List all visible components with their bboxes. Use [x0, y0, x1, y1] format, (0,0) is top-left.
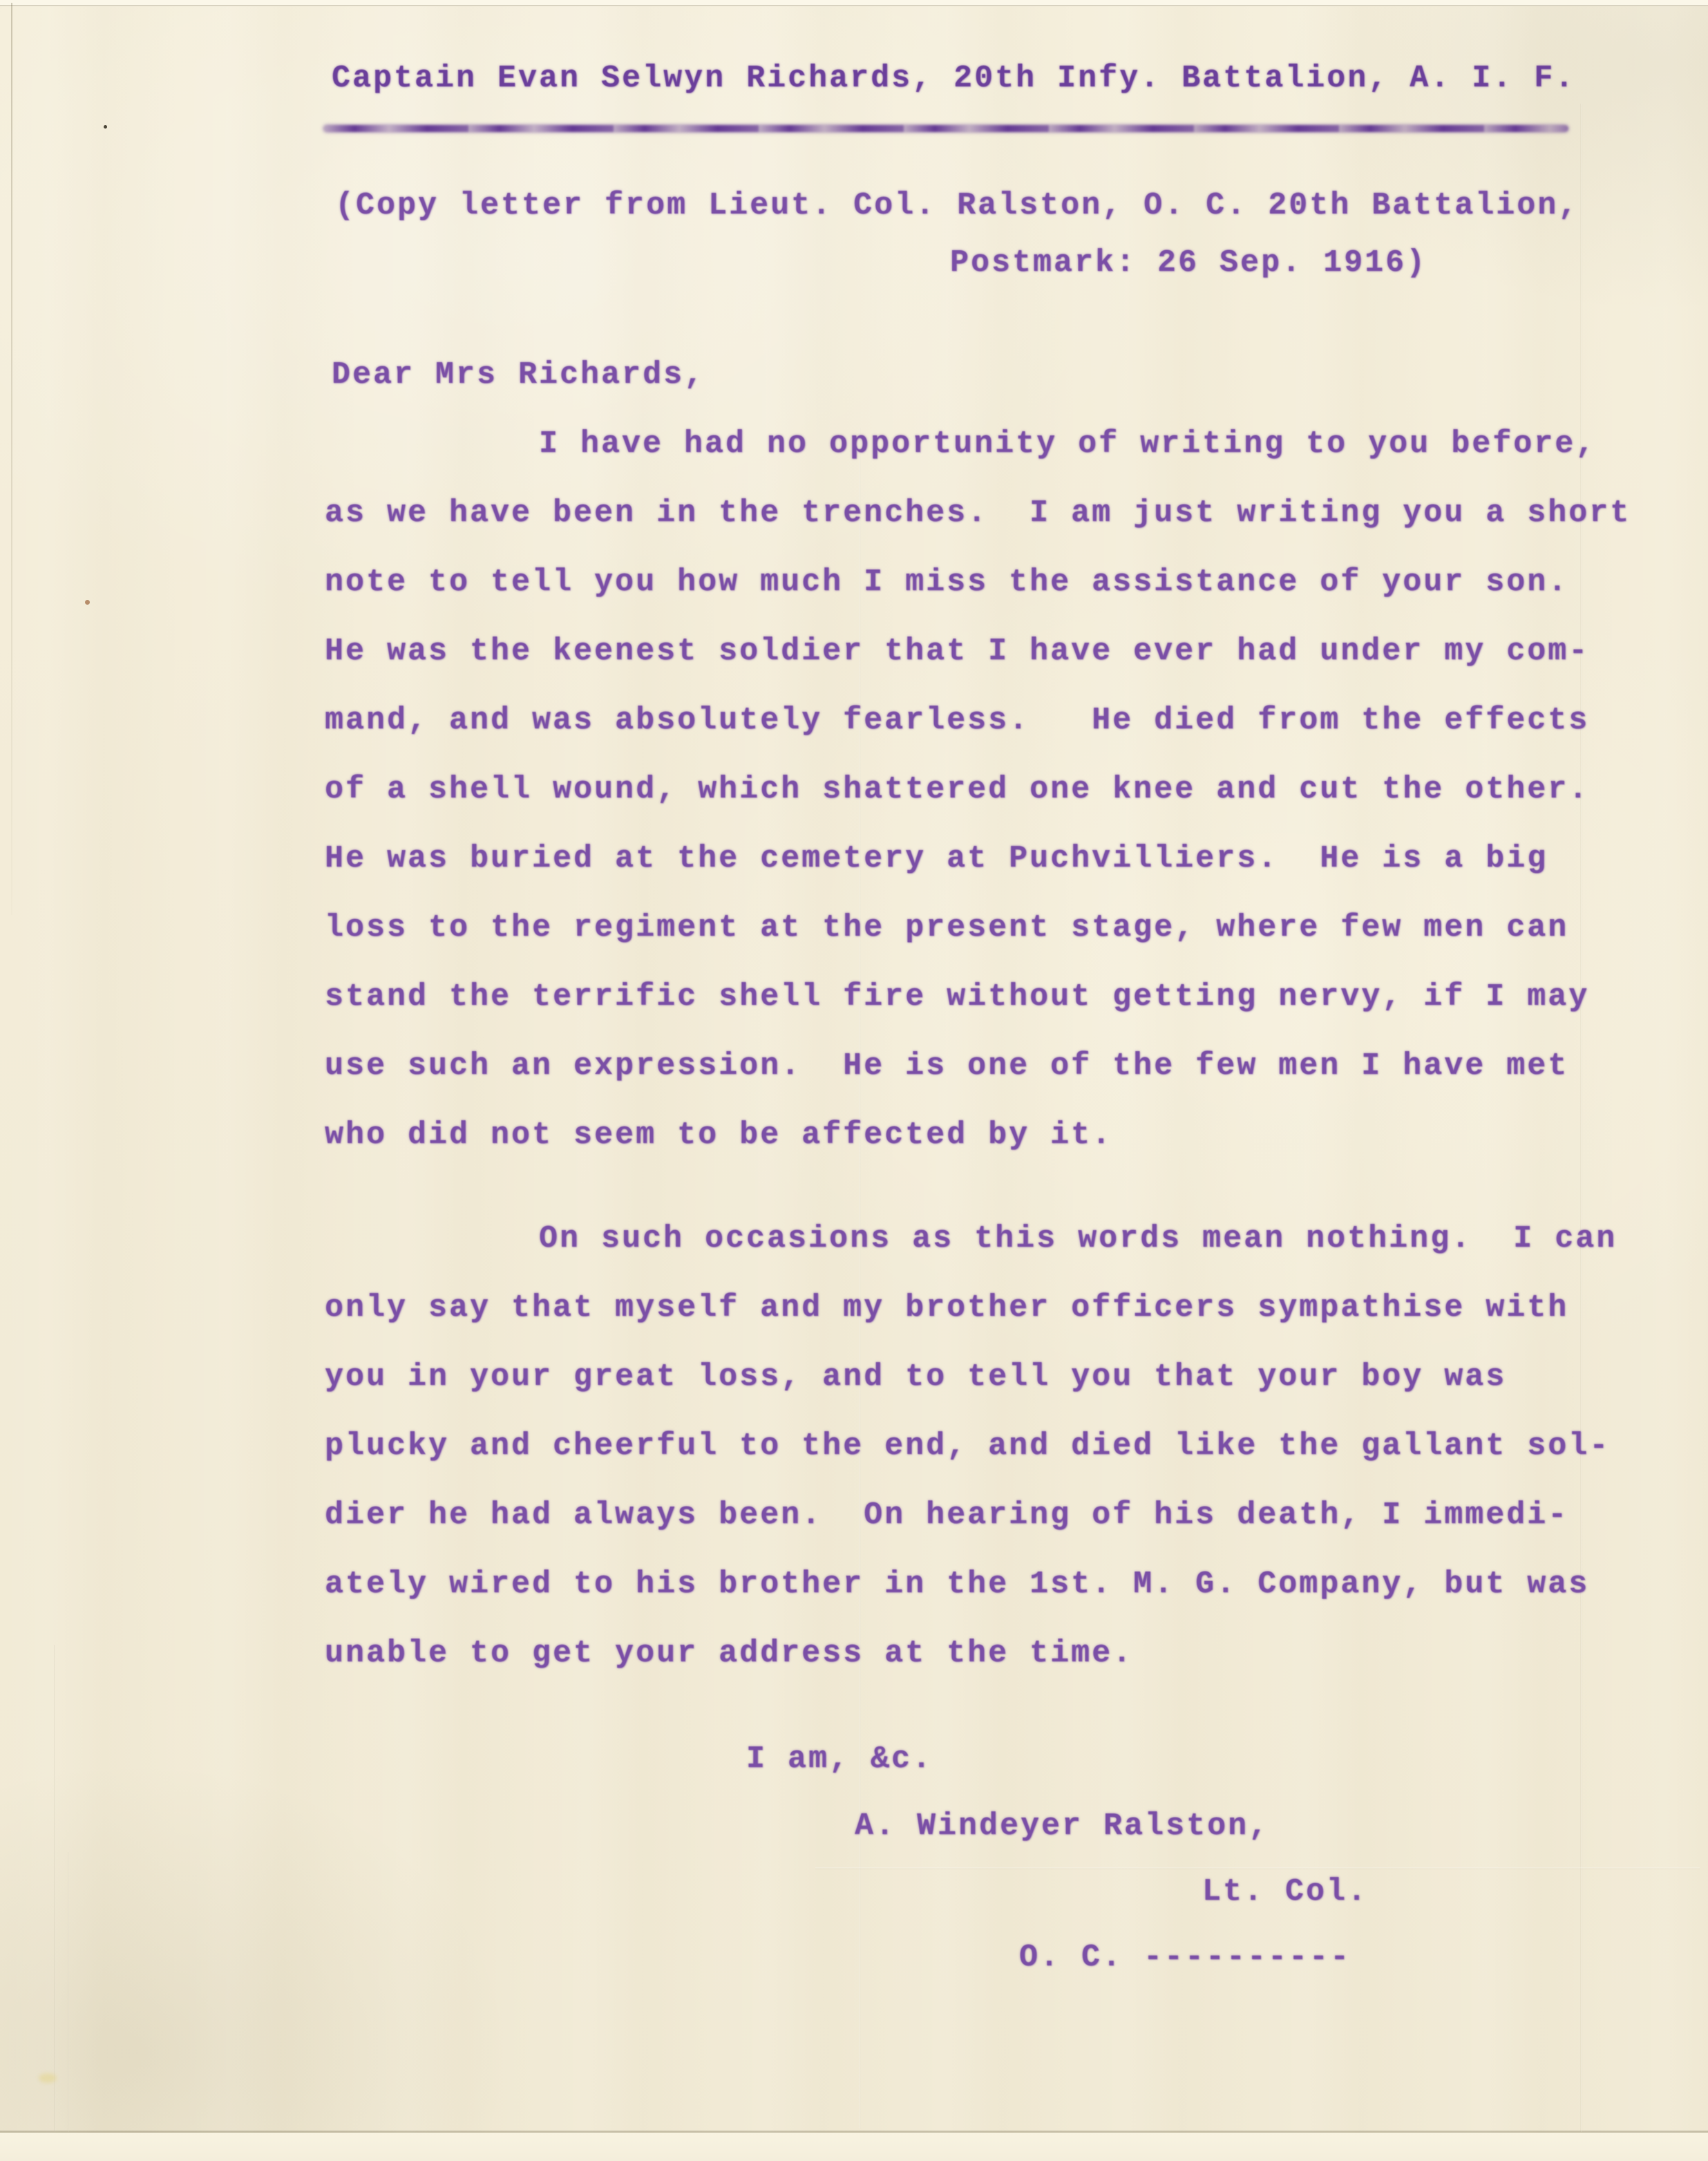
- salutation: Dear Mrs Richards,: [332, 357, 705, 393]
- ink-speck: [104, 125, 107, 129]
- letter-line: you in your great loss, and to tell you …: [325, 1359, 1506, 1395]
- signature-role: O. C. ----------: [1019, 1940, 1351, 1976]
- letter-line: unable to get your address at the time.: [325, 1636, 1133, 1672]
- letter-line: use such an expression. He is one of the…: [325, 1048, 1568, 1084]
- postmark-line: Postmark: 26 Sep. 1916): [950, 245, 1427, 281]
- letter-line: who did not seem to be affected by it.: [325, 1117, 1112, 1153]
- letter-line: loss to the regiment at the present stag…: [325, 910, 1568, 946]
- signature-name: A. Windeyer Ralston,: [855, 1809, 1269, 1844]
- letter-line: of a shell wound, which shattered one kn…: [325, 772, 1589, 808]
- heading-underline: [323, 125, 1568, 132]
- page-edge: [0, 2133, 1708, 2161]
- source-note-line: (Copy letter from Lieut. Col. Ralston, O…: [335, 188, 1579, 224]
- letter-line: I have had no opportunity of writing to …: [539, 426, 1596, 462]
- paper-stain: [39, 2073, 57, 2083]
- letter-line: note to tell you how much I miss the ass…: [325, 565, 1568, 601]
- closing-valediction: I am, &c.: [746, 1742, 933, 1777]
- ink-speck: [85, 600, 90, 605]
- letter-line: stand the terrific shell fire without ge…: [325, 979, 1589, 1015]
- letter-line: only say that myself and my brother offi…: [325, 1290, 1568, 1326]
- letter-line: On such occasions as this words mean not…: [539, 1221, 1617, 1257]
- letter-line: as we have been in the trenches. I am ju…: [325, 496, 1631, 531]
- scanned-letter-page: Captain Evan Selwyn Richards, 20th Infy.…: [0, 0, 1708, 2161]
- letter-heading: Captain Evan Selwyn Richards, 20th Infy.…: [332, 61, 1575, 97]
- letter-line: mand, and was absolutely fearless. He di…: [325, 703, 1589, 739]
- letter-line: He was the keenest soldier that I have e…: [325, 634, 1589, 670]
- letter-line: dier he had always been. On hearing of h…: [325, 1498, 1568, 1534]
- page-edge: [0, 0, 1708, 6]
- letter-line: ately wired to his brother in the 1st. M…: [325, 1567, 1589, 1603]
- letter-line: He was buried at the cemetery at Puchvil…: [325, 841, 1548, 877]
- letter-line: plucky and cheerful to the end, and died…: [325, 1428, 1610, 1464]
- signature-rank: Lt. Col.: [1202, 1874, 1368, 1910]
- page-edge: [11, 3, 12, 915]
